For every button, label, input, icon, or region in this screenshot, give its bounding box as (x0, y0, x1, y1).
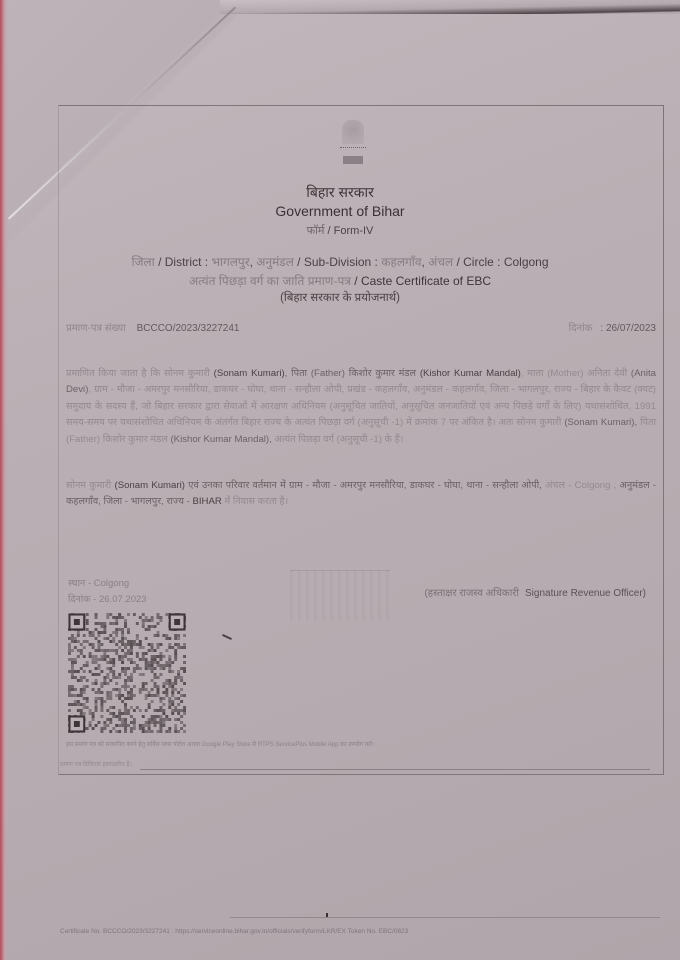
government-title: Government of Bihar (0, 203, 680, 219)
subdivision-label-hindi: अनुमंडल (256, 255, 294, 269)
signature-label-hindi: (हस्ताक्षर राजस्व अधिकारी (424, 588, 519, 599)
date-value: 26.07.2023 (99, 594, 147, 605)
signature-block: (हस्ताक्षर राजस्व अधिकारीSignature Reven… (424, 585, 646, 599)
certificate-number: प्रमाण-पत्र संख्या BCCCO/2023/3227241 (66, 320, 239, 334)
p1-name: (Sonam Kumari) (214, 368, 285, 379)
p1-mother: , माता (Mother) अनिता देवी (521, 368, 627, 379)
emblem-base (340, 147, 366, 154)
district-label: District (165, 255, 202, 269)
qr-code-icon (68, 613, 186, 733)
place-line: स्थान - Colgong (68, 576, 147, 592)
certificate-purpose: (बिहार सरकार के प्रयोजनार्थ) (0, 290, 680, 305)
p2-text: एवं उनका परिवार वर्तमान में ग्राम - मौजा… (188, 480, 542, 491)
p1-father-name-2: (Kishor Kumar Mandal), (170, 434, 271, 445)
p2-state: BIHAR (192, 496, 221, 507)
certificate-meta: प्रमाण-पत्र संख्या BCCCO/2023/3227241 दि… (66, 320, 656, 334)
verification-url[interactable]: Certificate No. BCCCO/2023/3227241 : htt… (60, 928, 408, 935)
place-label: स्थान (68, 578, 85, 589)
certificate-number-value: BCCCO/2023/3227241 (137, 323, 240, 334)
form-label: Form-IV (334, 225, 374, 237)
divider-line (140, 769, 650, 770)
subdivision-label: Sub-Division (304, 255, 371, 269)
left-edge-shadow (0, 0, 8, 960)
issue-date-value: 26/07/2023 (606, 323, 656, 334)
state-emblem-icon (333, 120, 373, 168)
ink-dot (326, 913, 328, 917)
date-label: दिनांक (68, 594, 91, 605)
circle-value: Colgong (504, 255, 549, 269)
emblem-plate (343, 156, 363, 164)
p2-circle: अंचल - Colgong , (545, 480, 616, 491)
place-and-date: स्थान - Colgong दिनांक - 26.07.2023 (68, 576, 147, 608)
certificate-body-paragraph-1: प्रमाणित किया जाता है कि सोनम कुमारी (So… (66, 366, 656, 448)
circle-label: Circle (463, 255, 494, 269)
government-title-hindi: बिहार सरकार (0, 183, 680, 202)
p1-closing: अत्यंत पिछड़ा वर्ग (अनुसूची -1) के हैं। (274, 434, 403, 445)
lion-capital-icon (342, 120, 364, 144)
certificate-title-english: Caste Certificate of EBC (361, 274, 491, 288)
p1-father-hindi: , पिता (Father) किशोर कुमार मंडल (285, 368, 416, 379)
p2-intro: सोनम कुमारी (66, 480, 111, 491)
p2-name: (Sonam Kumari) (115, 480, 185, 491)
form-label-hindi: फॉर्म (307, 225, 325, 237)
p2-end: में निवास करता है। (224, 496, 288, 507)
faint-stamp (290, 570, 390, 621)
issue-date: दिनांक: 26/07/2023 (569, 320, 656, 334)
verification-qr-code[interactable] (68, 613, 186, 733)
subdivision-value: कहलगाँव (381, 255, 421, 269)
certificate-title: अत्यंत पिछड़ा वर्ग का जाति प्रमाण-पत्र /… (0, 272, 680, 289)
p1-name-2: (Sonam Kumari), (564, 417, 637, 428)
bottom-divider-line (230, 917, 660, 918)
certificate-title-hindi: अत्यंत पिछड़ा वर्ग का जाति प्रमाण-पत्र (189, 274, 351, 288)
p1-father-name: (Kishor Kumar Mandal) (420, 368, 521, 379)
date-line: दिनांक - 26.07.2023 (68, 592, 147, 608)
p1-schedule: अधिनियम के अंतर्गत बिहार राज्य के अत्यंत… (167, 417, 562, 428)
jurisdiction-line: जिला / District : भागलपुर, अनुमंडल / Sub… (0, 253, 680, 270)
circle-label-hindi: अंचल (428, 255, 453, 269)
certificate-body-paragraph-2: सोनम कुमारी (Sonam Kumari) एवं उनका परिव… (66, 478, 656, 511)
digital-signature-note: प्रमाण पत्र डिजिटल हस्ताक्षरित है। (60, 760, 132, 768)
district-value: भागलपुर (211, 255, 249, 269)
signature-label: Signature Revenue Officer) (525, 588, 646, 599)
district-label-hindi: जिला (131, 255, 154, 269)
certificate-number-label: प्रमाण-पत्र संख्या (66, 323, 126, 334)
place-value: Colgong (94, 578, 129, 589)
form-number: फॉर्म / Form-IV (0, 223, 680, 238)
p1-intro: प्रमाणित किया जाता है कि सोनम कुमारी (66, 368, 210, 379)
qr-verification-note: इस प्रमाण पत्र को सत्यापित करने हेतु सर्… (66, 740, 374, 748)
issue-date-label: दिनांक (569, 323, 593, 334)
